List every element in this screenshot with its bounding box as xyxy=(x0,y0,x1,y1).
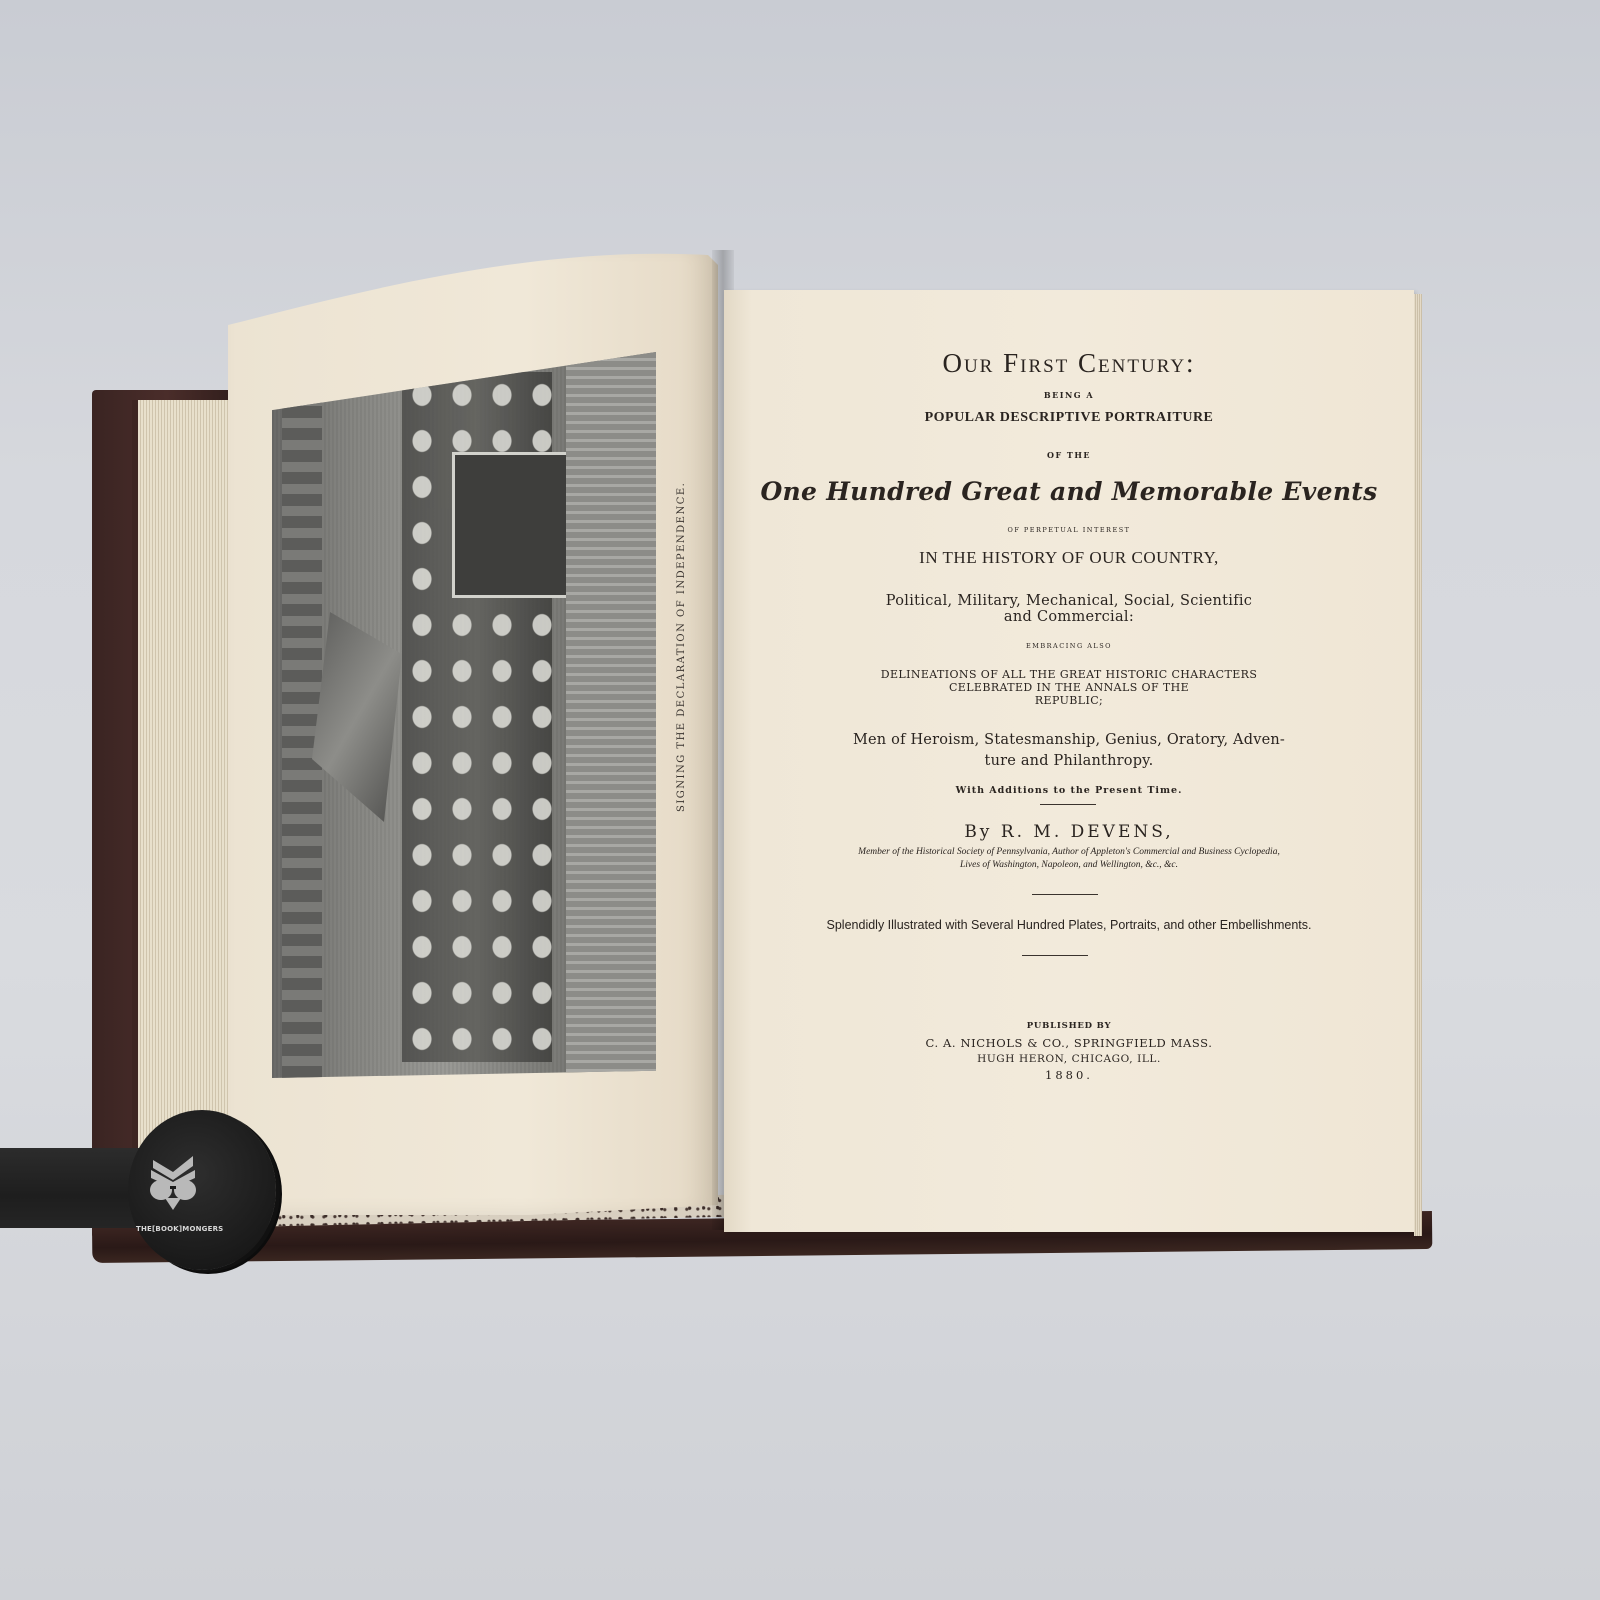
book-title: Our First Century: xyxy=(724,348,1414,379)
additions-text: With Additions to the Present Time. xyxy=(724,785,1414,796)
publication-year: 1880. xyxy=(724,1067,1414,1083)
blackletter-heading: One Hundred Great and Memorable Events xyxy=(724,477,1414,506)
frontispiece-engraving xyxy=(272,352,656,1078)
men-line-1: Men of Heroism, Statesmanship, Genius, O… xyxy=(724,730,1414,751)
being-a-text: BEING A xyxy=(724,390,1414,400)
categories-line-2: and Commercial: xyxy=(724,609,1414,625)
men-line-2: ture and Philanthropy. xyxy=(724,751,1414,772)
bookmark-brand-text: THE[BOOK]MONGERS xyxy=(136,1225,222,1233)
of-the-text: OF THE xyxy=(724,450,1414,460)
perpetual-interest-text: OF PERPETUAL INTEREST xyxy=(724,526,1414,534)
photo-scene: SIGNING THE DECLARATION OF INDEPENDENCE.… xyxy=(0,0,1600,1600)
divider-rule-3 xyxy=(1022,955,1088,956)
subtitle: POPULAR DESCRIPTIVE PORTRAITURE xyxy=(724,410,1414,426)
owl-book-glasses-icon xyxy=(143,1152,203,1212)
divider-rule-1 xyxy=(1040,804,1096,805)
publisher-line-2: HUGH HERON, CHICAGO, ILL. xyxy=(724,1051,1414,1067)
embracing-also-text: EMBRACING ALSO xyxy=(724,642,1414,650)
author-credits-line-1: Member of the Historical Society of Penn… xyxy=(724,846,1414,859)
engraving-flag xyxy=(312,612,402,822)
delineations-line-2: CELEBRATED IN THE ANNALS OF THE xyxy=(724,681,1414,694)
engraving-wall xyxy=(282,352,322,1078)
title-page: Our First Century: BEING A POPULAR DESCR… xyxy=(724,290,1414,1232)
engraving-floor xyxy=(566,352,656,1078)
engraving-caption: SIGNING THE DECLARATION OF INDEPENDENCE. xyxy=(676,482,687,812)
engraving-table xyxy=(452,452,578,598)
publisher-line-1: C. A. NICHOLS & CO., SPRINGFIELD MASS. xyxy=(724,1035,1414,1051)
categories-line-1: Political, Military, Mechanical, Social,… xyxy=(724,593,1414,609)
published-by-text: PUBLISHED BY xyxy=(724,1021,1414,1031)
delineations-line-1: DELINEATIONS OF ALL THE GREAT HISTORIC C… xyxy=(724,668,1414,681)
illustrated-line: Splendidly Illustrated with Several Hund… xyxy=(724,918,1414,932)
author-credits-line-2: Lives of Washington, Napoleon, and Welli… xyxy=(724,859,1414,872)
divider-rule-2 xyxy=(1032,894,1098,895)
delineations-line-3: REPUBLIC; xyxy=(724,694,1414,707)
author-name: By R. M. DEVENS, xyxy=(724,822,1414,842)
history-line: IN THE HISTORY OF OUR COUNTRY, xyxy=(724,548,1414,568)
